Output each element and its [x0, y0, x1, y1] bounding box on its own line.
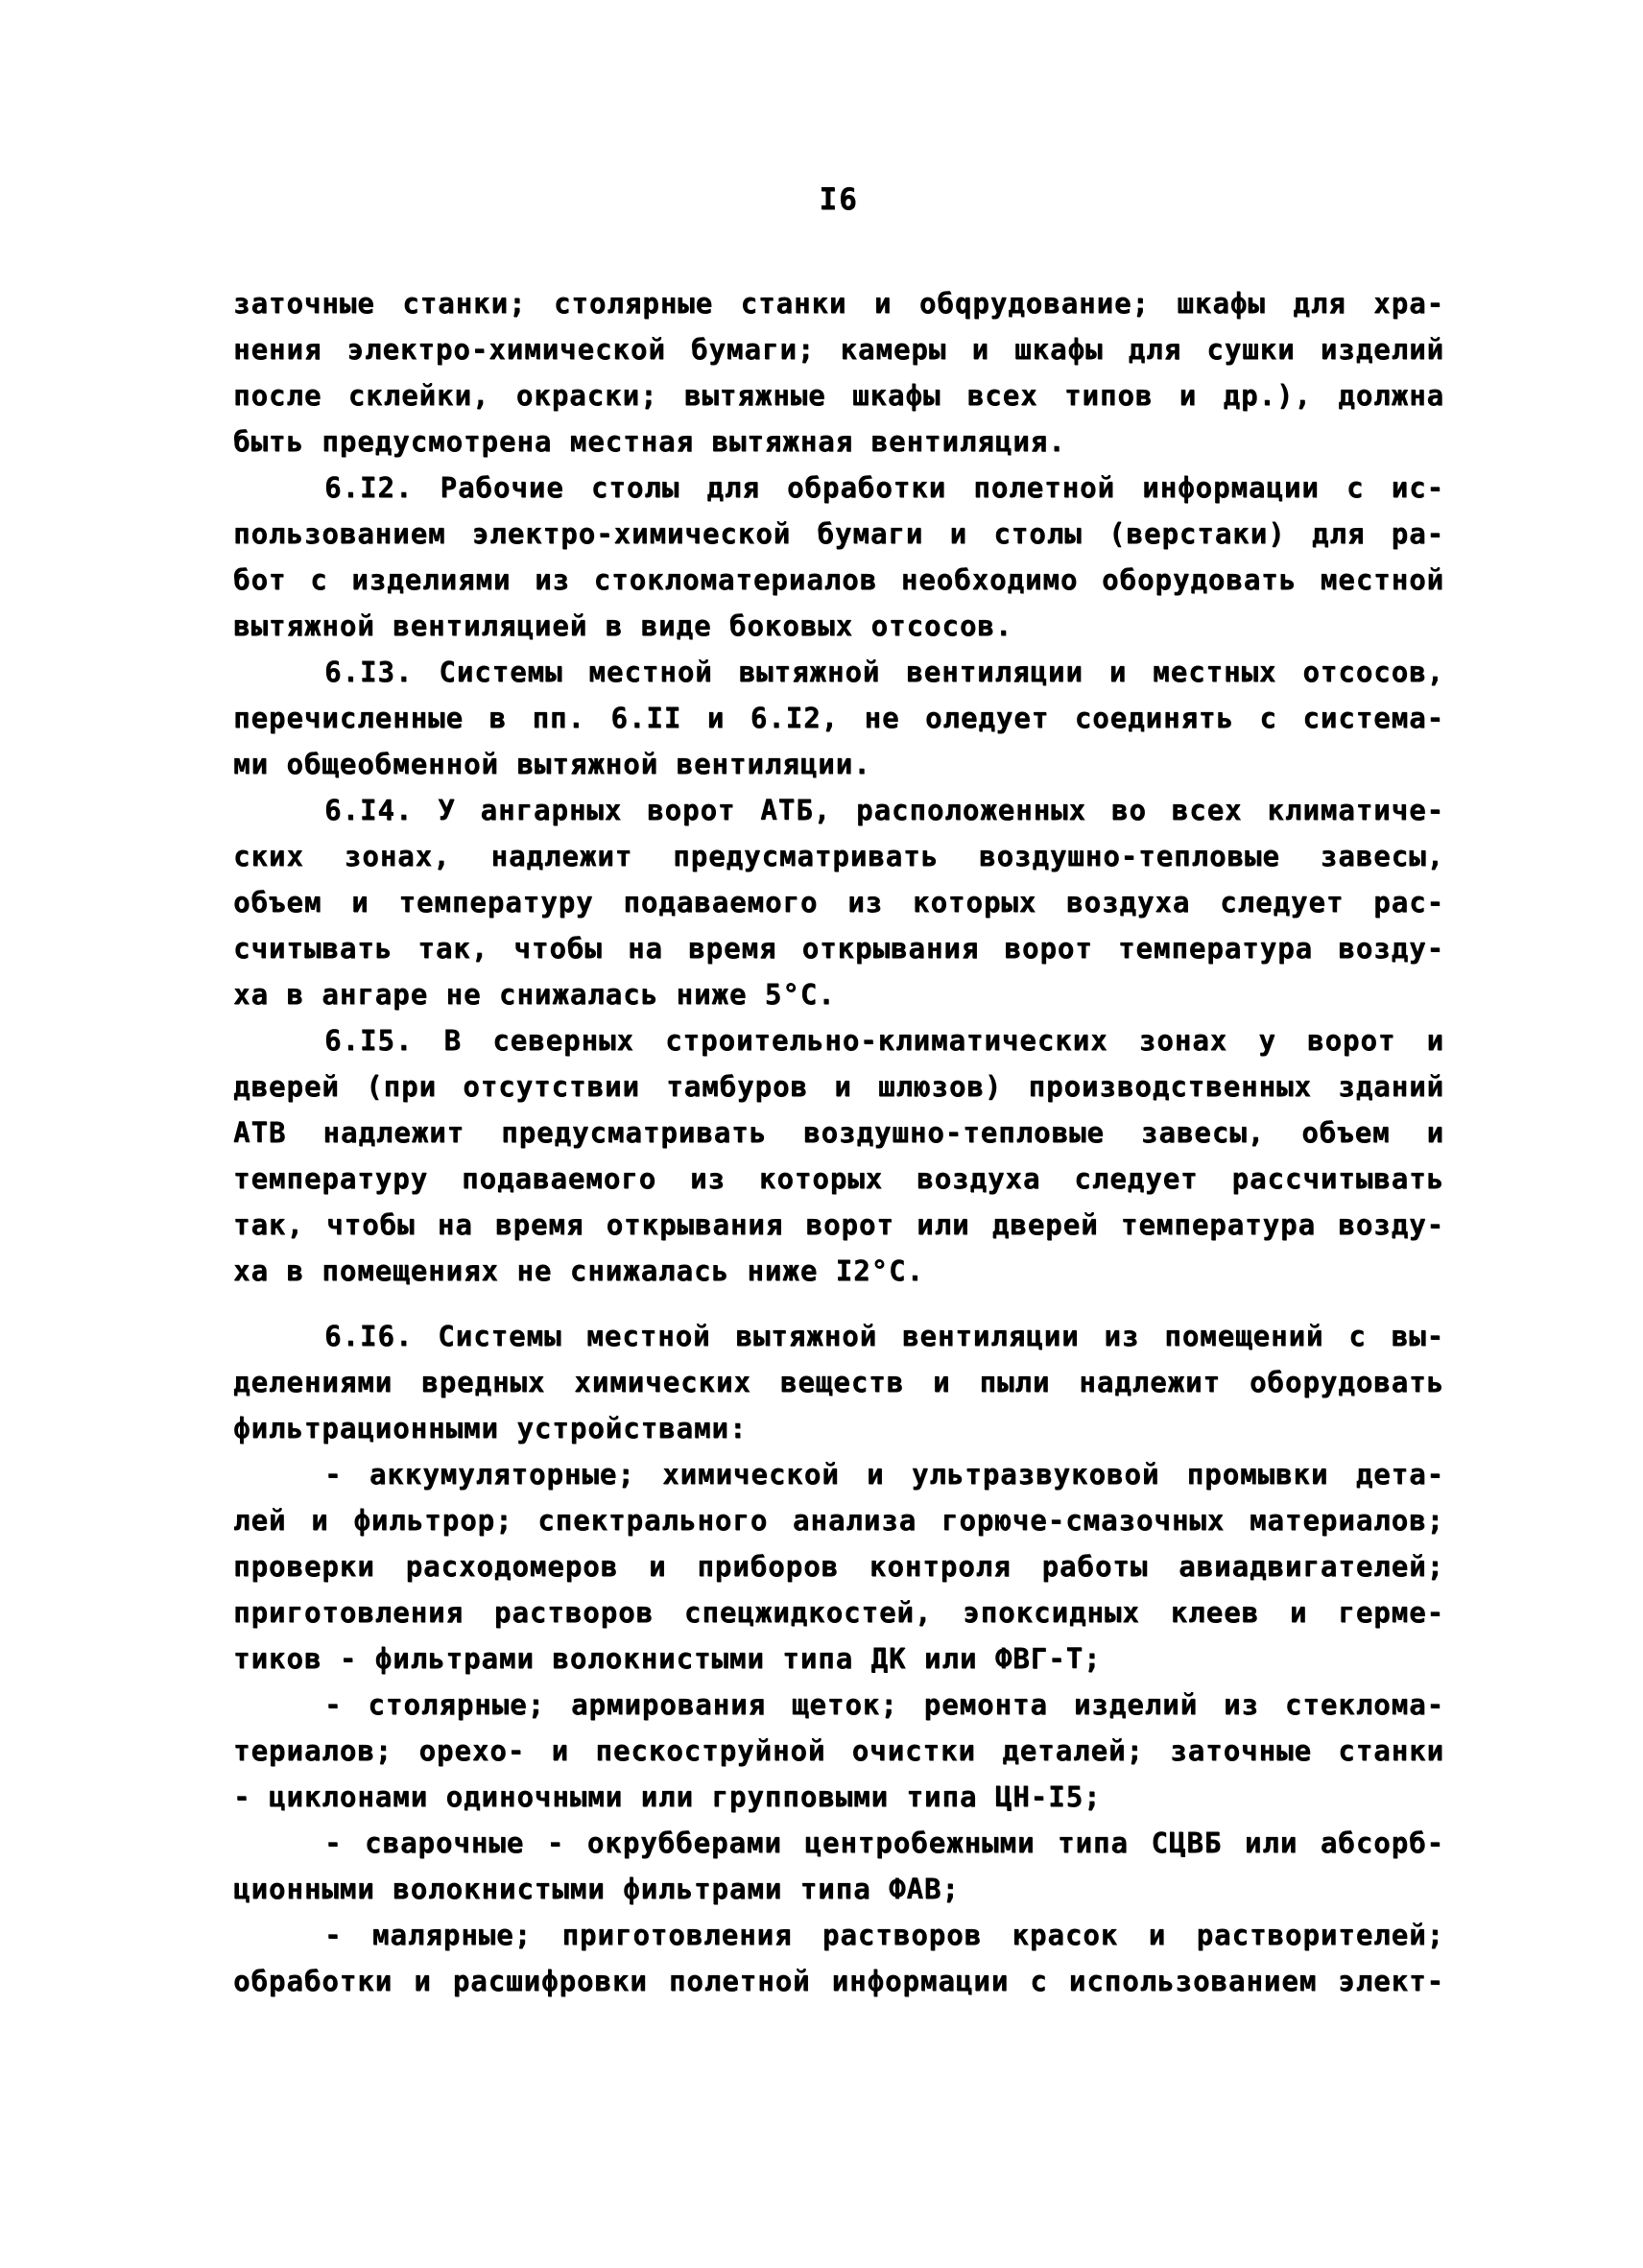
paragraph-6-15: 6.I5. В северных строительно-климатическ…	[233, 1017, 1444, 1294]
list-item-painting: - малярные; приготовления растворов крас…	[233, 1912, 1444, 2004]
text-line: ха в ангаре не снижалась ниже 5°С.	[233, 971, 1444, 1017]
text-line: лей и фильтрор; спектрального анализа го…	[233, 1497, 1444, 1543]
text-line: обработки и расшифровки полетной информа…	[233, 1958, 1444, 2004]
text-line: 6.I4. У ангарных ворот АТБ, расположенны…	[233, 787, 1444, 833]
text-line: териалов; орехо- и пескоструйной очистки…	[233, 1728, 1444, 1774]
text-line: проверки расходомеров и приборов контрол…	[233, 1543, 1444, 1589]
text-line: приготовления растворов спецжидкостей, э…	[233, 1589, 1444, 1635]
document-text: заточные станки; столярные станки и обqр…	[233, 280, 1444, 2004]
text-line: тиков - фильтрами волокнистыми типа ДК и…	[233, 1635, 1444, 1682]
text-line: бот с изделиями из стокломатериалов необ…	[233, 557, 1444, 603]
text-line: 6.I2. Рабочие столы для обработки полетн…	[233, 465, 1444, 511]
text-line: 6.I3. Системы местной вытяжной вентиляци…	[233, 649, 1444, 695]
text-line: ха в помещениях не снижалась ниже I2°С.	[233, 1248, 1444, 1294]
text-line: быть предусмотрена местная вытяжная вент…	[233, 418, 1444, 465]
text-line: ционными волокнистыми фильтрами типа ФАВ…	[233, 1866, 1444, 1912]
text-line: 6.I6. Системы местной вытяжной вентиляци…	[233, 1313, 1444, 1359]
text-line: - сварочные - окрубберами центробежными …	[233, 1820, 1444, 1866]
text-line: вытяжной вентиляцией в виде боковых отсо…	[233, 603, 1444, 649]
list-item-welding: - сварочные - окрубберами центробежными …	[233, 1820, 1444, 1912]
paragraph-6-14: 6.I4. У ангарных ворот АТБ, расположенны…	[233, 787, 1444, 1017]
text-line: нения электро-химической бумаги; камеры …	[233, 326, 1444, 372]
text-line: дверей (при отсутствии тамбуров и шлюзов…	[233, 1063, 1444, 1110]
document-page: I6 заточные станки; столярные станки и о…	[0, 0, 1643, 2268]
text-line: считывать так, чтобы на время открывания…	[233, 925, 1444, 971]
text-line: заточные станки; столярные станки и обqр…	[233, 280, 1444, 326]
text-line: - столярные; армирования щеток; ремонта …	[233, 1682, 1444, 1728]
paragraph-6-12: 6.I2. Рабочие столы для обработки полетн…	[233, 465, 1444, 649]
text-line: ских зонах, надлежит предусматривать воз…	[233, 833, 1444, 879]
text-line: - малярные; приготовления растворов крас…	[233, 1912, 1444, 1958]
text-line: делениями вредных химических веществ и п…	[233, 1359, 1444, 1405]
text-line: так, чтобы на время открывания ворот или…	[233, 1202, 1444, 1248]
paragraph-continuation: заточные станки; столярные станки и обqр…	[233, 280, 1444, 465]
text-line: ми общеобменной вытяжной вентиляции.	[233, 741, 1444, 787]
page-number: I6	[233, 182, 1444, 217]
text-line: 6.I5. В северных строительно-климатическ…	[233, 1017, 1444, 1063]
text-line: фильтрационными устройствами:	[233, 1405, 1444, 1451]
text-line: температуру подаваемого из которых возду…	[233, 1156, 1444, 1202]
text-line: - аккумуляторные; химической и ультразву…	[233, 1451, 1444, 1497]
paragraph-6-13: 6.I3. Системы местной вытяжной вентиляци…	[233, 649, 1444, 787]
text-line: АТВ надлежит предусматривать воздушно-те…	[233, 1110, 1444, 1156]
text-line: пользованием электро-химической бумаги и…	[233, 511, 1444, 557]
text-line: после склейки, окраски; вытяжные шкафы в…	[233, 372, 1444, 418]
text-line: - циклонами одиночными или групповыми ти…	[233, 1774, 1444, 1820]
list-item-joinery: - столярные; армирования щеток; ремонта …	[233, 1682, 1444, 1820]
text-line: объем и температуру подаваемого из котор…	[233, 879, 1444, 925]
text-line: перечисленные в пп. 6.II и 6.I2, не олед…	[233, 695, 1444, 741]
paragraph-6-16: 6.I6. Системы местной вытяжной вентиляци…	[233, 1313, 1444, 1451]
list-item-accumulator: - аккумуляторные; химической и ультразву…	[233, 1451, 1444, 1682]
